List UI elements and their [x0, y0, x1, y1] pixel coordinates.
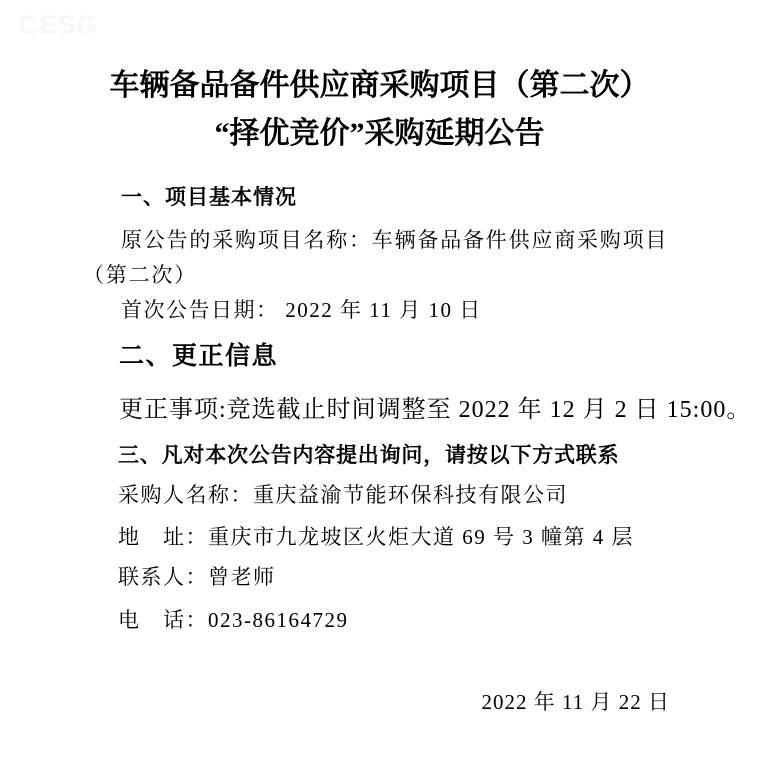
section3-phone: 电 话：023-86164729 [118, 604, 349, 634]
section1-first-announce-date: 首次公告日期： 2022 年 11 月 10 日 [121, 294, 482, 324]
section2-correction-item: 更正事项:竞选截止时间调整至 2022 年 12 月 2 日 15:00。 [119, 389, 751, 424]
section1-project-name-line1: 原公告的采购项目名称：车辆备品备件供应商采购项目 [121, 224, 668, 254]
section3-purchaser-name: 采购人名称：重庆益渝节能环保科技有限公司 [118, 479, 568, 509]
section2-heading: 二、更正信息 [119, 336, 278, 372]
document-title-line2: “择优竞价”采购延期公告 [0, 108, 759, 152]
section3-heading: 三、凡对本次公告内容提出询问，请按以下方式联系 [118, 439, 619, 469]
announcement-document: CESG 车辆备品备件供应商采购项目（第二次） “择优竞价”采购延期公告 一、项… [0, 0, 759, 783]
section1-project-name-line2: （第二次） [83, 259, 197, 289]
document-title-line1: 车辆备品备件供应商采购项目（第二次） [0, 60, 759, 104]
section1-heading: 一、项目基本情况 [121, 181, 297, 211]
section3-address: 地 址：重庆市九龙坡区火炬大道 69 号 3 幢第 4 层 [118, 521, 634, 551]
section3-contact-person: 联系人：曾老师 [118, 561, 276, 591]
announcement-date: 2022 年 11 月 22 日 [482, 686, 670, 716]
cesg-watermark: CESG [19, 10, 98, 41]
